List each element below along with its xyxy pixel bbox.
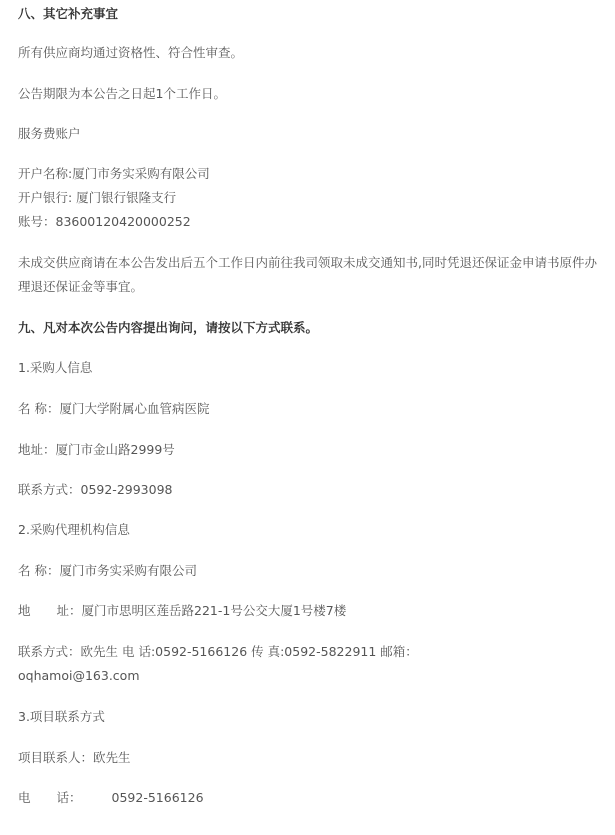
project-contact-person: 项目联系人：欧先生 bbox=[18, 750, 131, 766]
purchaser-address: 地址：厦门市金山路2999号 bbox=[18, 442, 175, 458]
agency-contact: 联系方式：欧先生 电 话:0592-5166126 传 真:0592-58229… bbox=[18, 644, 418, 660]
unsuccessful-supplier-notice: 未成交供应商请在本公告发出后五个工作日内前往我司领取未成交通知书,同时凭退还保证… bbox=[18, 251, 600, 299]
account-number: 账号：83600120420000252 bbox=[18, 214, 191, 230]
section-9-heading: 九、凡对本次公告内容提出询问，请按以下方式联系。 bbox=[18, 320, 318, 336]
agency-info-title: 2.采购代理机构信息 bbox=[18, 522, 130, 538]
project-phone: 电话：0592-5166126 bbox=[18, 790, 204, 806]
agency-email: oqhamoi@163.com bbox=[18, 668, 140, 684]
qualification-text: 所有供应商均通过资格性、符合性审查。 bbox=[18, 45, 243, 61]
agency-address-value: 址：厦门市思明区莲岳路221-1号公交大厦1号楼7楼 bbox=[57, 603, 347, 618]
purchaser-contact: 联系方式：0592-2993098 bbox=[18, 482, 173, 498]
service-fee-account-label: 服务费账户 bbox=[18, 126, 81, 142]
section-8-heading: 八、其它补充事宜 bbox=[18, 6, 118, 22]
project-contact-title: 3.项目联系方式 bbox=[18, 709, 105, 725]
project-phone-label: 电 bbox=[18, 790, 31, 805]
project-phone-label-2: 话： bbox=[57, 790, 82, 805]
purchaser-name: 名 称：厦门大学附属心血管病医院 bbox=[18, 401, 209, 417]
agency-address: 地址：厦门市思明区莲岳路221-1号公交大厦1号楼7楼 bbox=[18, 603, 346, 619]
purchaser-info-title: 1.采购人信息 bbox=[18, 360, 92, 376]
project-phone-value: 0592-5166126 bbox=[112, 790, 204, 805]
agency-name: 名 称：厦门市务实采购有限公司 bbox=[18, 563, 197, 579]
announcement-period-text: 公告期限为本公告之日起1个工作日。 bbox=[18, 86, 226, 102]
bank-name: 开户银行: 厦门银行银隆支行 bbox=[18, 190, 176, 206]
agency-address-label: 地 bbox=[18, 603, 31, 618]
account-name: 开户名称:厦门市务实采购有限公司 bbox=[18, 166, 210, 182]
